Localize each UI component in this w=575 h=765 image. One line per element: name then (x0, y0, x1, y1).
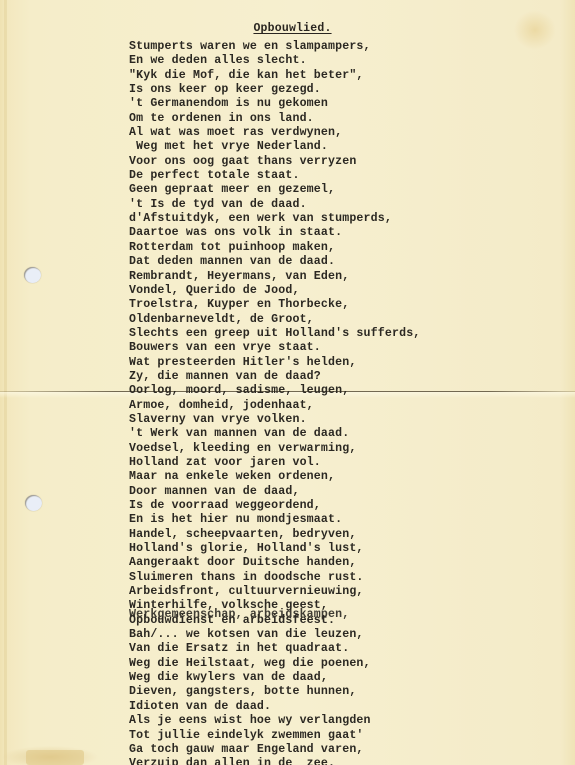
punch-hole-icon (25, 495, 42, 511)
poem-line: Wat presteerden Hitler's helden, (129, 356, 420, 370)
poem-line-text: En is het hier nu mondjesmaat. (129, 513, 342, 526)
poem-line: Weg die kwylers van de daad, (129, 671, 420, 685)
poem-line-text: Sluimeren thans in doodsche rust. (129, 571, 364, 584)
poem-line-text: Slechts een greep uit Holland's sufferds… (129, 327, 420, 340)
poem-line-text: d'Afstuitdyk, een werk van stumperds, (129, 212, 392, 225)
poem-line: Troelstra, Kuyper en Thorbecke, (129, 298, 420, 312)
poem-line: Om te ordenen in ons land. (129, 112, 420, 126)
poem-line: Aangeraakt door Duitsche handen, (129, 556, 420, 570)
punch-hole-icon (24, 267, 41, 283)
poem-line-text: Rembrandt, Heyermans, van Eden, (129, 270, 349, 283)
poem-line-text: Vondel, Querido de Jood, (129, 284, 300, 297)
poem-line: Sluimeren thans in doodsche rust. (129, 571, 420, 585)
poem-line-text: Arbeidsfront, cultuurvernieuwing, (129, 585, 364, 598)
poem-line-text: Is ons keer op keer gezegd. (129, 83, 321, 96)
poem-line: Dieven, gangsters, botte hunnen, (129, 685, 420, 699)
poem-line: Voor ons oog gaat thans verryzen (129, 155, 420, 169)
poem-line: Oldenbarneveldt, de Groot, (129, 313, 420, 327)
poem-line-text: Oorlog, moord, sadisme, leugen, (129, 384, 349, 397)
poem-line-text: Van die Ersatz in het quadraat. (129, 642, 349, 655)
poem-line-text: 't Germanendom is nu gekomen (129, 97, 328, 110)
poem-title: Opbouwlied. (253, 22, 331, 35)
poem-line: Verzuip dan allen in de zee. (129, 757, 420, 765)
poem-line-text: Ga toch gauw maar Engeland varen, (129, 743, 364, 756)
poem-line-text: Dat deden mannen van de daad. (129, 255, 335, 268)
poem-line-text: Dieven, gangsters, botte hunnen, (129, 685, 356, 698)
poem-line: Ga toch gauw maar Engeland varen, (129, 743, 420, 757)
poem-line-text: Idioten van de daad. (129, 700, 271, 713)
poem-line: Opbouwdienst en arbeidsfeest.Werkgemeens… (129, 614, 420, 628)
poem-line-text: Holland's glorie, Holland's lust, (129, 542, 364, 555)
poem-line: Is ons keer op keer gezegd. (129, 83, 420, 97)
poem-line-text: Is de voorraad weggeordend, (129, 499, 321, 512)
poem-line: Stumperts waren we en slampampers, (129, 40, 420, 54)
poem-line-text: Voor ons oog gaat thans verryzen (129, 155, 356, 168)
poem-line-text: En we deden alles slecht. (129, 54, 307, 67)
overtyped-line-text: Werkgemeenschap, arbeidskampen, (129, 608, 349, 622)
poem-line: Weg met het vrye Nederland. (129, 140, 420, 154)
poem-line-text: Aangeraakt door Duitsche handen, (129, 556, 356, 569)
poem-line: Geen gepraat meer en gezemel, (129, 183, 420, 197)
poem-line: Maar na enkele weken ordenen, (129, 470, 420, 484)
poem-line-text: Daartoe was ons volk in staat. (129, 226, 342, 239)
paper-left-edge (4, 0, 7, 765)
poem-line-text: Wat presteerden Hitler's helden, (129, 356, 356, 369)
poem-line: Zy, die mannen van de daad? (129, 370, 420, 384)
poem-line-text: Troelstra, Kuyper en Thorbecke, (129, 298, 349, 311)
poem-line-text: Weg met het vrye Nederland. (129, 140, 328, 153)
poem-line-text: Tot jullie eindelyk zwemmen gaat' (129, 729, 364, 742)
poem-body: Stumperts waren we en slampampers,En we … (129, 40, 420, 765)
poem-line: Holland zat voor jaren vol. (129, 456, 420, 470)
poem-line: "Kyk die Mof, die kan het beter", (129, 69, 420, 83)
poem-line: En is het hier nu mondjesmaat. (129, 513, 420, 527)
poem-line-text: Handel, scheepvaarten, bedryven, (129, 528, 356, 541)
poem-line: Al wat was moet ras verdwynen, (129, 126, 420, 140)
poem-line-text: Geen gepraat meer en gezemel, (129, 183, 335, 196)
poem-line: Tot jullie eindelyk zwemmen gaat' (129, 729, 420, 743)
poem-line-text: Holland zat voor jaren vol. (129, 456, 321, 469)
poem-line: 't Is de tyd van de daad. (129, 198, 420, 212)
poem-line: Bah/... we kotsen van die leuzen, (129, 628, 420, 642)
poem-line-text: Armoe, domheid, jodenhaat, (129, 399, 314, 412)
poem-line-text: Oldenbarneveldt, de Groot, (129, 313, 314, 326)
poem-line: Vondel, Querido de Jood, (129, 284, 420, 298)
poem-line: Daartoe was ons volk in staat. (129, 226, 420, 240)
poem-line: Voedsel, kleeding en verwarming, (129, 442, 420, 456)
poem-line: En we deden alles slecht. (129, 54, 420, 68)
poem-line: Armoe, domheid, jodenhaat, (129, 399, 420, 413)
poem-line: De perfect totale staat. (129, 169, 420, 183)
poem-line: Van die Ersatz in het quadraat. (129, 642, 420, 656)
poem-line: Als je eens wist hoe wy verlangden (129, 714, 420, 728)
poem-line-text: Om te ordenen in ons land. (129, 112, 314, 125)
poem-line: 't Germanendom is nu gekomen (129, 97, 420, 111)
poem-line: Rembrandt, Heyermans, van Eden, (129, 270, 420, 284)
poem-line-text: Bouwers van een vrye staat. (129, 341, 321, 354)
poem-line: Bouwers van een vrye staat. (129, 341, 420, 355)
poem-line: Idioten van de daad. (129, 700, 420, 714)
poem-line-text: Als je eens wist hoe wy verlangden (129, 714, 371, 727)
poem-line: Weg die Heilstaat, weg die poenen, (129, 657, 420, 671)
poem-line-text: Stumperts waren we en slampampers, (129, 40, 371, 53)
poem-line-text: Al wat was moet ras verdwynen, (129, 126, 342, 139)
poem-line-text: Bah/... we kotsen van die leuzen, (129, 628, 364, 641)
poem-line-text: Weg die Heilstaat, weg die poenen, (129, 657, 371, 670)
poem-line: d'Afstuitdyk, een werk van stumperds, (129, 212, 420, 226)
paper-stain (26, 750, 84, 765)
poem-line: 't Werk van mannen van de daad. (129, 427, 420, 441)
poem-line-text: 't Is de tyd van de daad. (129, 198, 307, 211)
poem-line: Arbeidsfront, cultuurvernieuwing, (129, 585, 420, 599)
paper-sheet: Opbouwlied. Stumperts waren we en slampa… (0, 0, 575, 765)
poem-line: Oorlog, moord, sadisme, leugen, (129, 384, 420, 398)
poem-line: Holland's glorie, Holland's lust, (129, 542, 420, 556)
poem-title-container: Opbouwlied. (0, 22, 575, 35)
poem-line-text: Rotterdam tot puinhoop maken, (129, 241, 335, 254)
poem-line-text: Weg die kwylers van de daad, (129, 671, 328, 684)
poem-line: Handel, scheepvaarten, bedryven, (129, 528, 420, 542)
poem-line-text: Voedsel, kleeding en verwarming, (129, 442, 356, 455)
poem-line: Slaverny van vrye volken. (129, 413, 420, 427)
poem-line-text: Verzuip dan allen in de zee. (129, 757, 335, 765)
poem-line: Door mannen van de daad, (129, 485, 420, 499)
poem-line: Dat deden mannen van de daad. (129, 255, 420, 269)
poem-line-text: "Kyk die Mof, die kan het beter", (129, 69, 364, 82)
poem-line-text: Slaverny van vrye volken. (129, 413, 307, 426)
poem-line: Is de voorraad weggeordend, (129, 499, 420, 513)
poem-line-text: Maar na enkele weken ordenen, (129, 470, 335, 483)
poem-line-text: Door mannen van de daad, (129, 485, 300, 498)
poem-line: Rotterdam tot puinhoop maken, (129, 241, 420, 255)
poem-line-text: Zy, die mannen van de daad? (129, 370, 321, 383)
poem-line-text: 't Werk van mannen van de daad. (129, 427, 349, 440)
poem-line-text: De perfect totale staat. (129, 169, 300, 182)
poem-line: Slechts een greep uit Holland's sufferds… (129, 327, 420, 341)
